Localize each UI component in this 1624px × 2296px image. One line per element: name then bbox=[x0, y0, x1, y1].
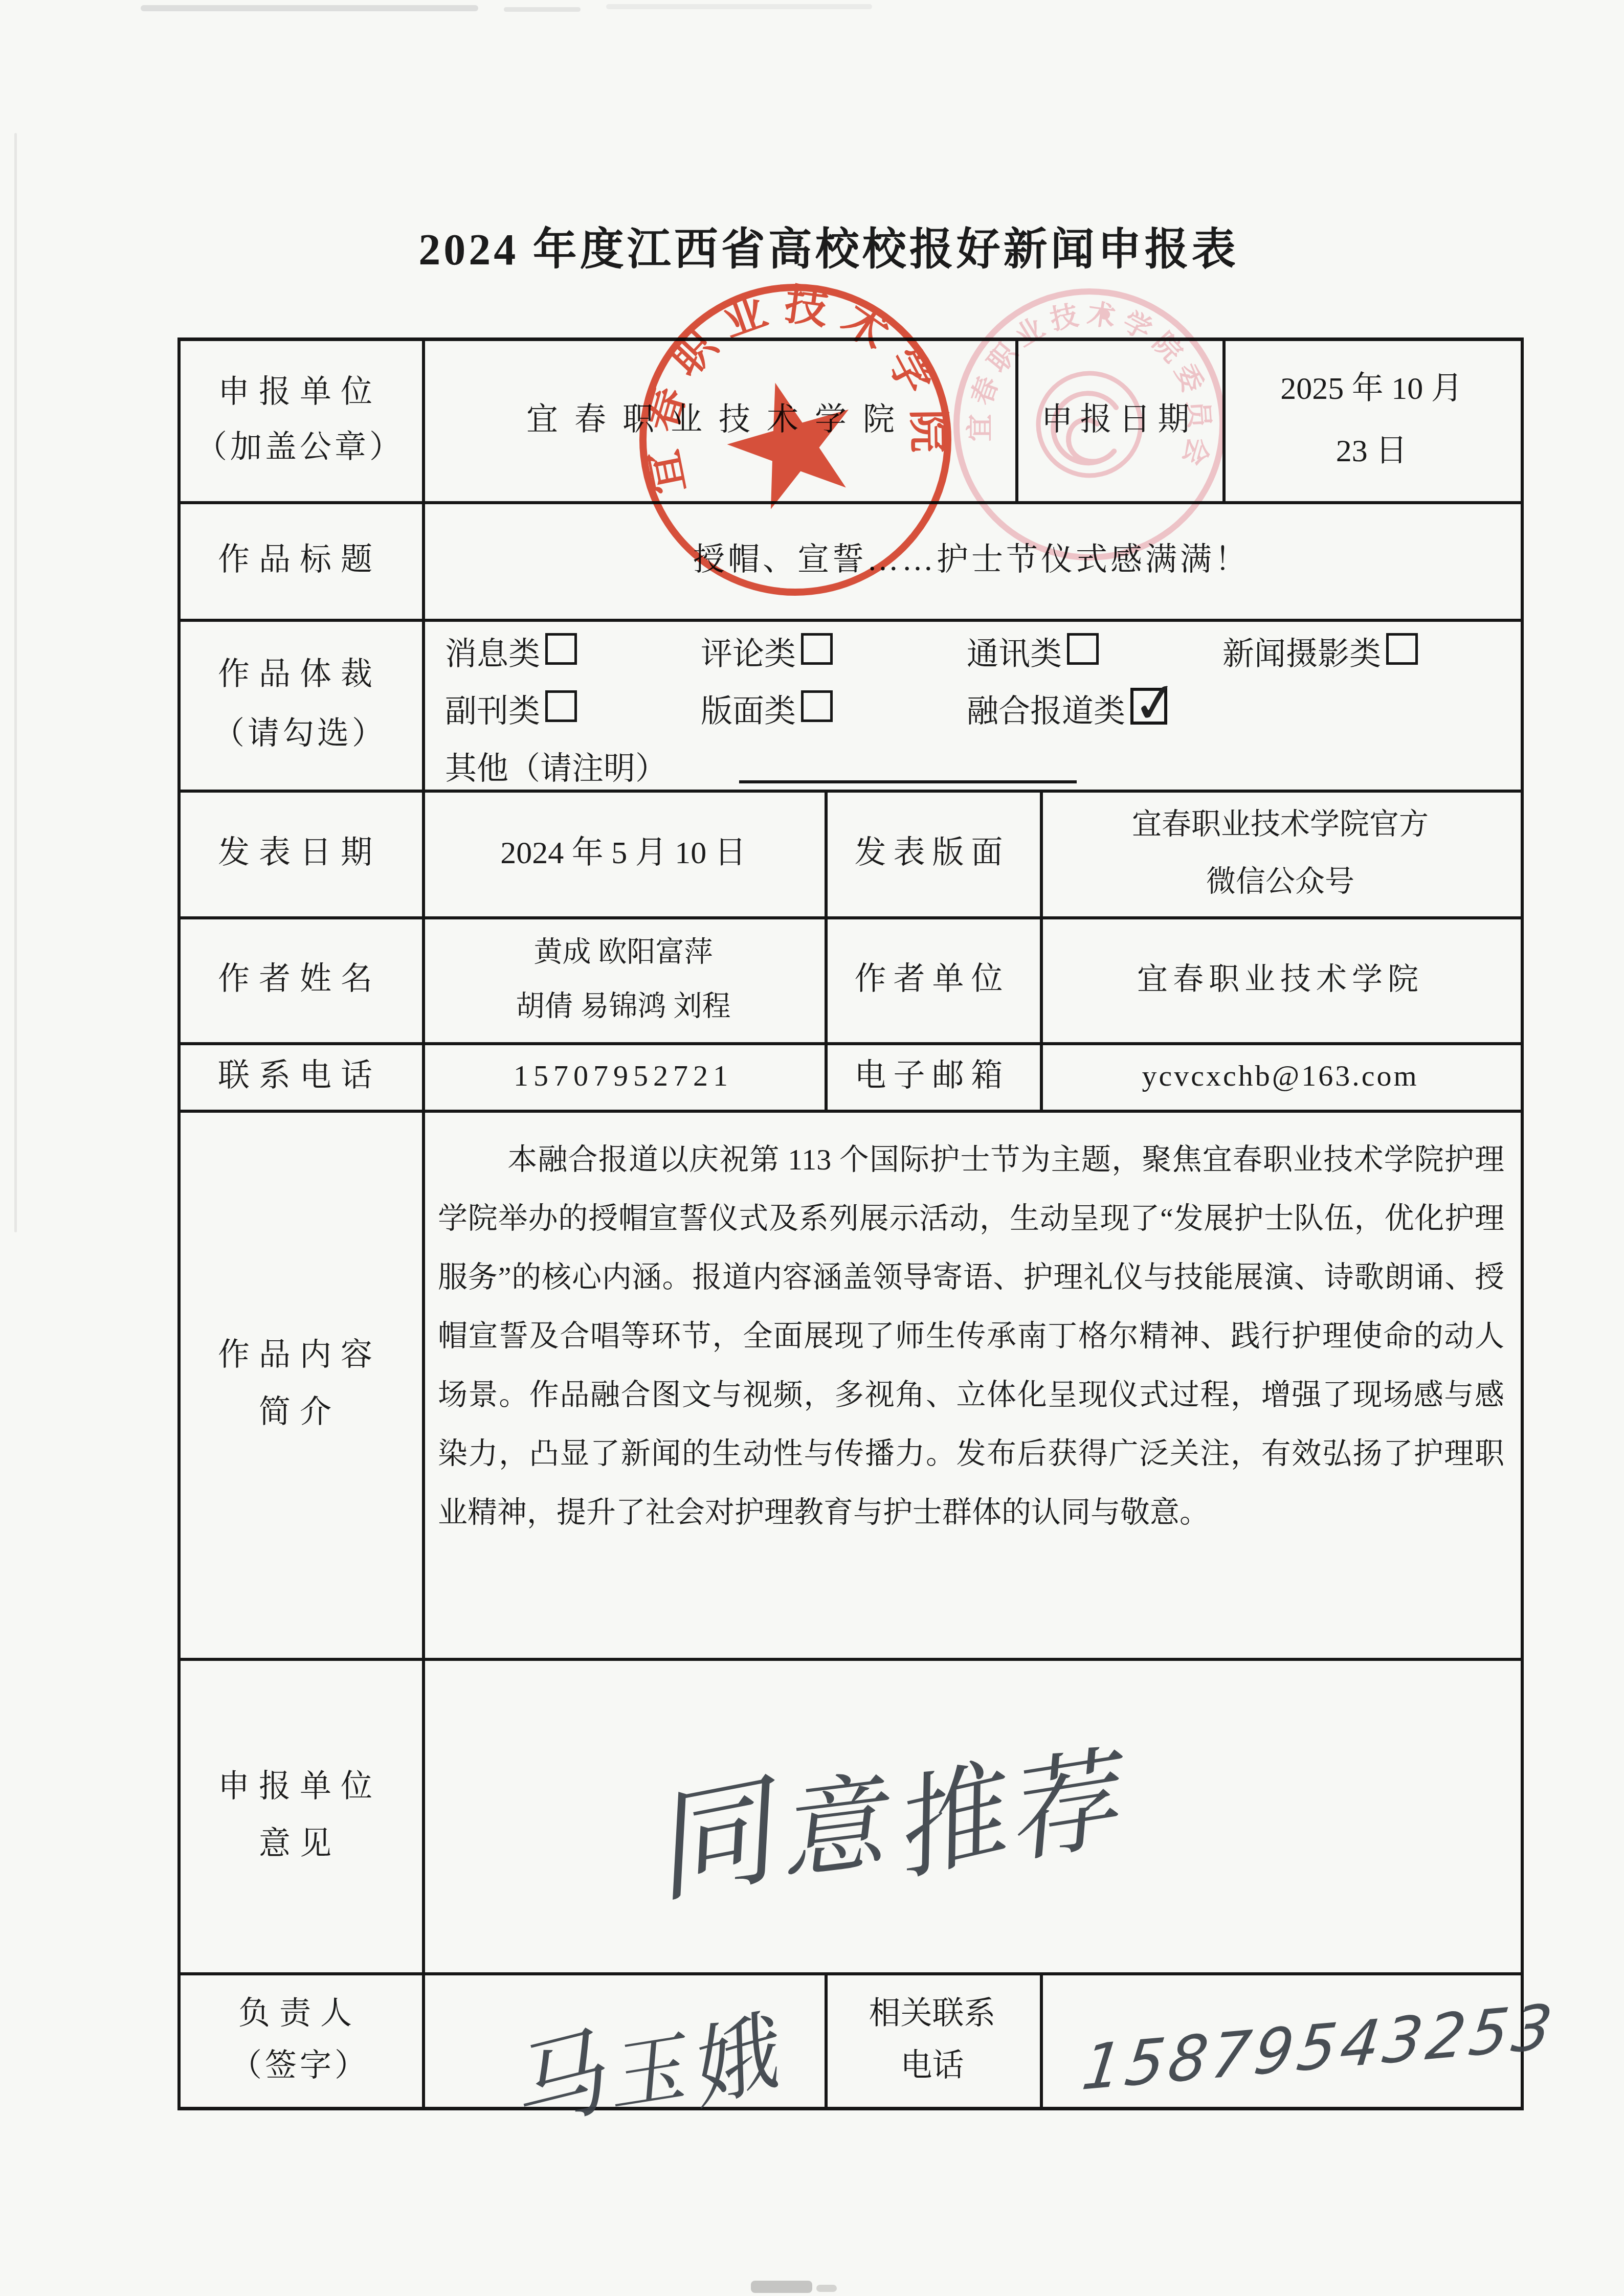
publish-page-label: 发表版面 bbox=[828, 793, 1037, 913]
scan-streak-top-1 bbox=[141, 5, 478, 11]
genre-option-label: 通讯类 bbox=[967, 628, 1062, 674]
checkbox-unchecked-icon bbox=[801, 633, 833, 665]
genre-option-label: 新闻摄影类 bbox=[1222, 628, 1381, 674]
authors-label: 作者姓名 bbox=[181, 919, 419, 1039]
signer-signature-handwriting: 马 玉 娥 bbox=[500, 1983, 781, 2146]
summary-label: 作品内容 简介 bbox=[181, 1113, 419, 1655]
checkbox-unchecked-icon bbox=[1067, 633, 1099, 665]
publish-date-value: 2024 年 5 月 10 日 bbox=[425, 793, 821, 913]
seal-star-icon bbox=[715, 365, 869, 515]
genre-option-label: 评论类 bbox=[701, 628, 796, 674]
genre-option-label: 融合报道类 bbox=[967, 686, 1125, 731]
committee-seal-stamp: 宜春职业技术学院委员会 bbox=[949, 284, 1230, 565]
authors-value: 黄成 欧阳富萍 胡倩 易锦鸿 刘程 bbox=[425, 919, 821, 1039]
signer-label: 负责人 （签字） bbox=[181, 1975, 419, 2104]
phone-label: 联系电话 bbox=[181, 1045, 419, 1107]
scan-mark-bottom-2 bbox=[816, 2285, 837, 2292]
checkbox-unchecked-icon bbox=[545, 633, 577, 665]
author-unit-label: 作者单位 bbox=[828, 919, 1037, 1039]
opinion-handwriting: 同 意 推 荐 bbox=[641, 1707, 1120, 1912]
summary-text: 本融合报道以庆祝第 113 个国际护士节为主题，聚焦宜春职业技术学院护理学院举办… bbox=[438, 1130, 1504, 1647]
publish-page-value: 宜春职业技术学院官方 微信公众号 bbox=[1043, 793, 1518, 913]
author-unit-value: 宜春职业技术学院 bbox=[1043, 919, 1518, 1039]
scanned-form-page: 2024 年度江西省高校校报好新闻申报表 申报单位 （加盖公章） 宜春职业技术学… bbox=[0, 0, 1624, 2296]
bottom-divider-b bbox=[1040, 1972, 1043, 2107]
related-phone-label: 相关联系 电话 bbox=[828, 1975, 1037, 2104]
official-seal-stamp: 宜春职业技术学院 bbox=[634, 279, 956, 601]
phone-value: 15707952721 bbox=[425, 1045, 821, 1107]
email-value: ycvcxchb@163.com bbox=[1043, 1045, 1518, 1107]
genre-label: 作品体裁 （请勾选） bbox=[181, 622, 419, 786]
genre-option-label: 消息类 bbox=[445, 628, 540, 674]
seal-circular-text: 宜春职业技术学院委员会 bbox=[960, 284, 1230, 476]
declare-date-value: 2025 年 10 月 23 日 bbox=[1226, 341, 1518, 499]
email-label: 电子邮箱 bbox=[828, 1045, 1037, 1107]
page-title: 2024 年度江西省高校校报好新闻申报表 bbox=[0, 214, 1624, 277]
seal-emblem-swirl-icon bbox=[1049, 389, 1121, 466]
table-border-bottom bbox=[177, 2107, 1524, 2110]
checkbox-unchecked-icon bbox=[545, 690, 577, 722]
opinion-label: 申报单位 意见 bbox=[181, 1661, 419, 1969]
svg-text:宜春职业技术学院委员会: 宜春职业技术学院委员会 bbox=[960, 284, 1230, 476]
publish-date-label: 发表日期 bbox=[181, 793, 419, 913]
genre-options: 消息类 评论类 通讯类 新闻摄影类 副刊类 版面类 融合报道类 其他（请注明） bbox=[425, 622, 1518, 786]
genre-other-blank-line bbox=[739, 780, 1077, 783]
genre-option-label: 副刊类 bbox=[445, 686, 540, 731]
related-phone-handwriting: 15879543253 bbox=[1078, 1991, 1560, 2105]
table-border-right bbox=[1521, 337, 1524, 2110]
scan-streak-top-3 bbox=[606, 4, 872, 9]
checkbox-unchecked-icon bbox=[801, 690, 833, 722]
checkbox-checked-icon bbox=[1130, 688, 1167, 725]
declare-unit-label: 申报单位 （加盖公章） bbox=[181, 341, 419, 499]
scan-edge-left bbox=[14, 133, 17, 1232]
scan-streak-top-2 bbox=[504, 7, 581, 12]
genre-other-label: 其他（请注明） bbox=[445, 743, 667, 789]
checkbox-unchecked-icon bbox=[1386, 633, 1418, 665]
scan-mark-bottom bbox=[751, 2281, 812, 2293]
work-title-label: 作品标题 bbox=[181, 504, 419, 616]
genre-option-label: 版面类 bbox=[701, 686, 796, 731]
